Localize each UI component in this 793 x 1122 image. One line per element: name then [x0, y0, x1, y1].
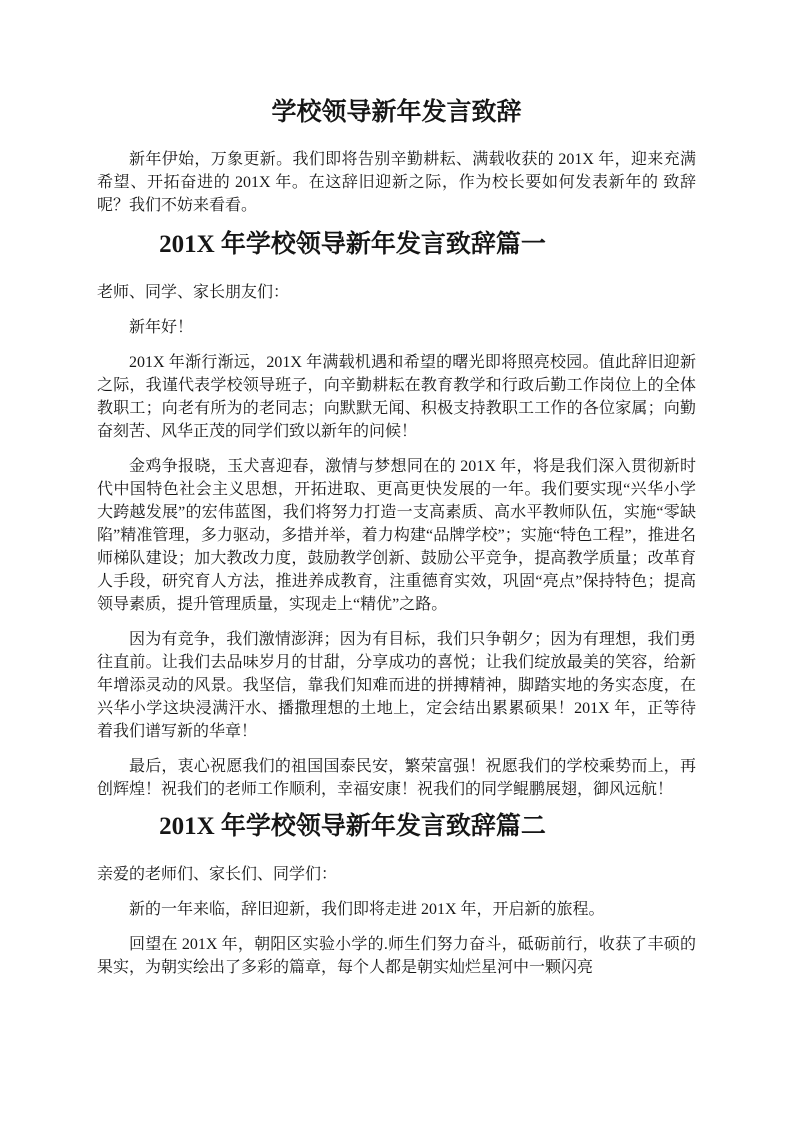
section1-spirit-paragraph: 因为有竞争，我们激情澎湃；因为有目标，我们只争朝夕；因为有理想，我们勇往直前。让… — [97, 628, 696, 743]
section1-plan-paragraph: 金鸡争报晓，玉犬喜迎春，激情与梦想同在的 201X 年，将是我们深入贯彻新时代中… — [97, 455, 696, 616]
section1-heading: 201X 年学校领导新年发言致辞篇一 — [97, 231, 696, 259]
section1-greeting-paragraph: 新年好！ — [97, 316, 696, 339]
section1-review-paragraph: 201X 年渐行渐远，201X 年满载机遇和希望的曙光即将照亮校园。值此辞旧迎新… — [97, 351, 696, 443]
document-title: 学校领导新年发言致辞 — [97, 99, 696, 127]
section2-review-paragraph: 回望在 201X 年，朝阳区实验小学的.师生们努力奋斗，砥砺前行，收获了丰硕的果… — [97, 933, 696, 979]
document-page: 学校领导新年发言致辞 新年伊始，万象更新。我们即将告别辛勤耕耘、满载收获的 20… — [0, 0, 793, 1122]
section2-salutation: 亲爱的老师们、家长们、同学们： — [97, 863, 696, 886]
intro-paragraph: 新年伊始，万象更新。我们即将告别辛勤耕耘、满载收获的 201X 年，迎来充满希望… — [97, 148, 696, 217]
section2-heading: 201X 年学校领导新年发言致辞篇二 — [97, 813, 696, 841]
section1-wish-paragraph: 最后，衷心祝愿我们的祖国国泰民安，繁荣富强！祝愿我们的学校乘势而上，再创辉煌！祝… — [97, 755, 696, 801]
section2-opening-paragraph: 新的一年来临，辞旧迎新，我们即将走进 201X 年，开启新的旅程。 — [97, 898, 696, 921]
section1-salutation: 老师、同学、家长朋友们： — [97, 281, 696, 304]
